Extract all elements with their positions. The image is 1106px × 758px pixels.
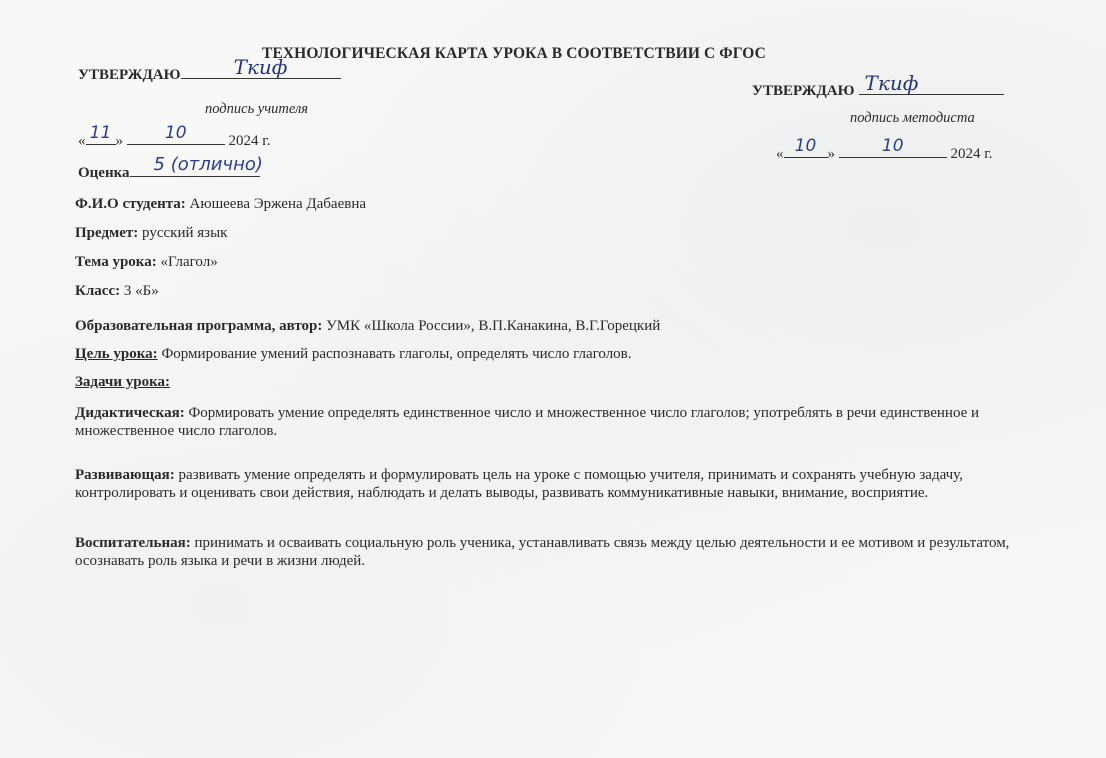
teacher-day-field: 11 [86,130,116,145]
methodist-day-field: 10 [784,143,828,158]
subject-value: русский язык [142,225,227,241]
grade-field: 5 (отлично) [130,162,260,177]
lesson-goal-value: Формирование умений распознавать глаголы… [161,346,631,362]
teacher-month-field: 10 [127,130,225,145]
methodist-approval-date: «10» 10 2024 г. [776,143,992,163]
class-row: Класс: 3 «Б» [75,283,159,300]
task-didactic: Дидактическая: Формировать умение опреде… [75,405,1035,440]
class-value: 3 «Б» [124,283,159,299]
program-value: УМК «Школа России», В.П.Канакина, В.Г.Го… [326,318,660,334]
grade-label: Оценка [78,165,130,181]
methodist-approval: УТВЕРЖДАЮ Ткиф [752,80,1004,100]
methodist-year: 2024 г. [951,146,993,162]
teacher-approval-date: «11» 10 2024 г. [78,130,270,150]
teacher-signature-caption: подпись учителя [205,101,308,118]
teacher-signature: Ткиф [181,55,341,79]
teacher-signature-line: Ткиф [181,64,341,79]
methodist-signature: Ткиф [865,71,919,95]
methodist-signature-line: Ткиф [859,80,1004,95]
subject-row: Предмет: русский язык [75,225,227,242]
program-row: Образовательная программа, автор: УМК «Ш… [75,318,660,335]
grade-value: 5 (отлично) [154,154,263,175]
teacher-approve-label: УТВЕРЖДАЮ [78,67,181,83]
student-name: Аюшеева Эржена Дабаевна [190,196,366,212]
methodist-month-field: 10 [839,143,947,158]
methodist-approve-label: УТВЕРЖДАЮ [752,83,855,99]
grade-row: Оценка5 (отлично) [78,162,260,182]
lesson-goal-label: Цель урока: [75,346,158,362]
scanned-page: ТЕХНОЛОГИЧЕСКАЯ КАРТА УРОКА В СООТВЕТСТВ… [0,0,1106,758]
lesson-topic-row: Тема урока: «Глагол» [75,254,218,271]
teacher-approval: УТВЕРЖДАЮТкиф [78,64,341,84]
task-developmental: Развивающая: развивать умение определять… [75,467,1020,502]
lesson-goal-row: Цель урока: Формирование умений распозна… [75,346,632,363]
task-educational: Воспитательная: принимать и осваивать со… [75,535,1035,570]
student-name-row: Ф.И.О студента: Аюшеева Эржена Дабаевна [75,196,366,213]
lesson-topic-value: «Глагол» [160,254,217,270]
methodist-signature-caption: подпись методиста [850,110,975,127]
tasks-heading: Задачи урока: [75,374,170,391]
teacher-year: 2024 г. [229,133,271,149]
